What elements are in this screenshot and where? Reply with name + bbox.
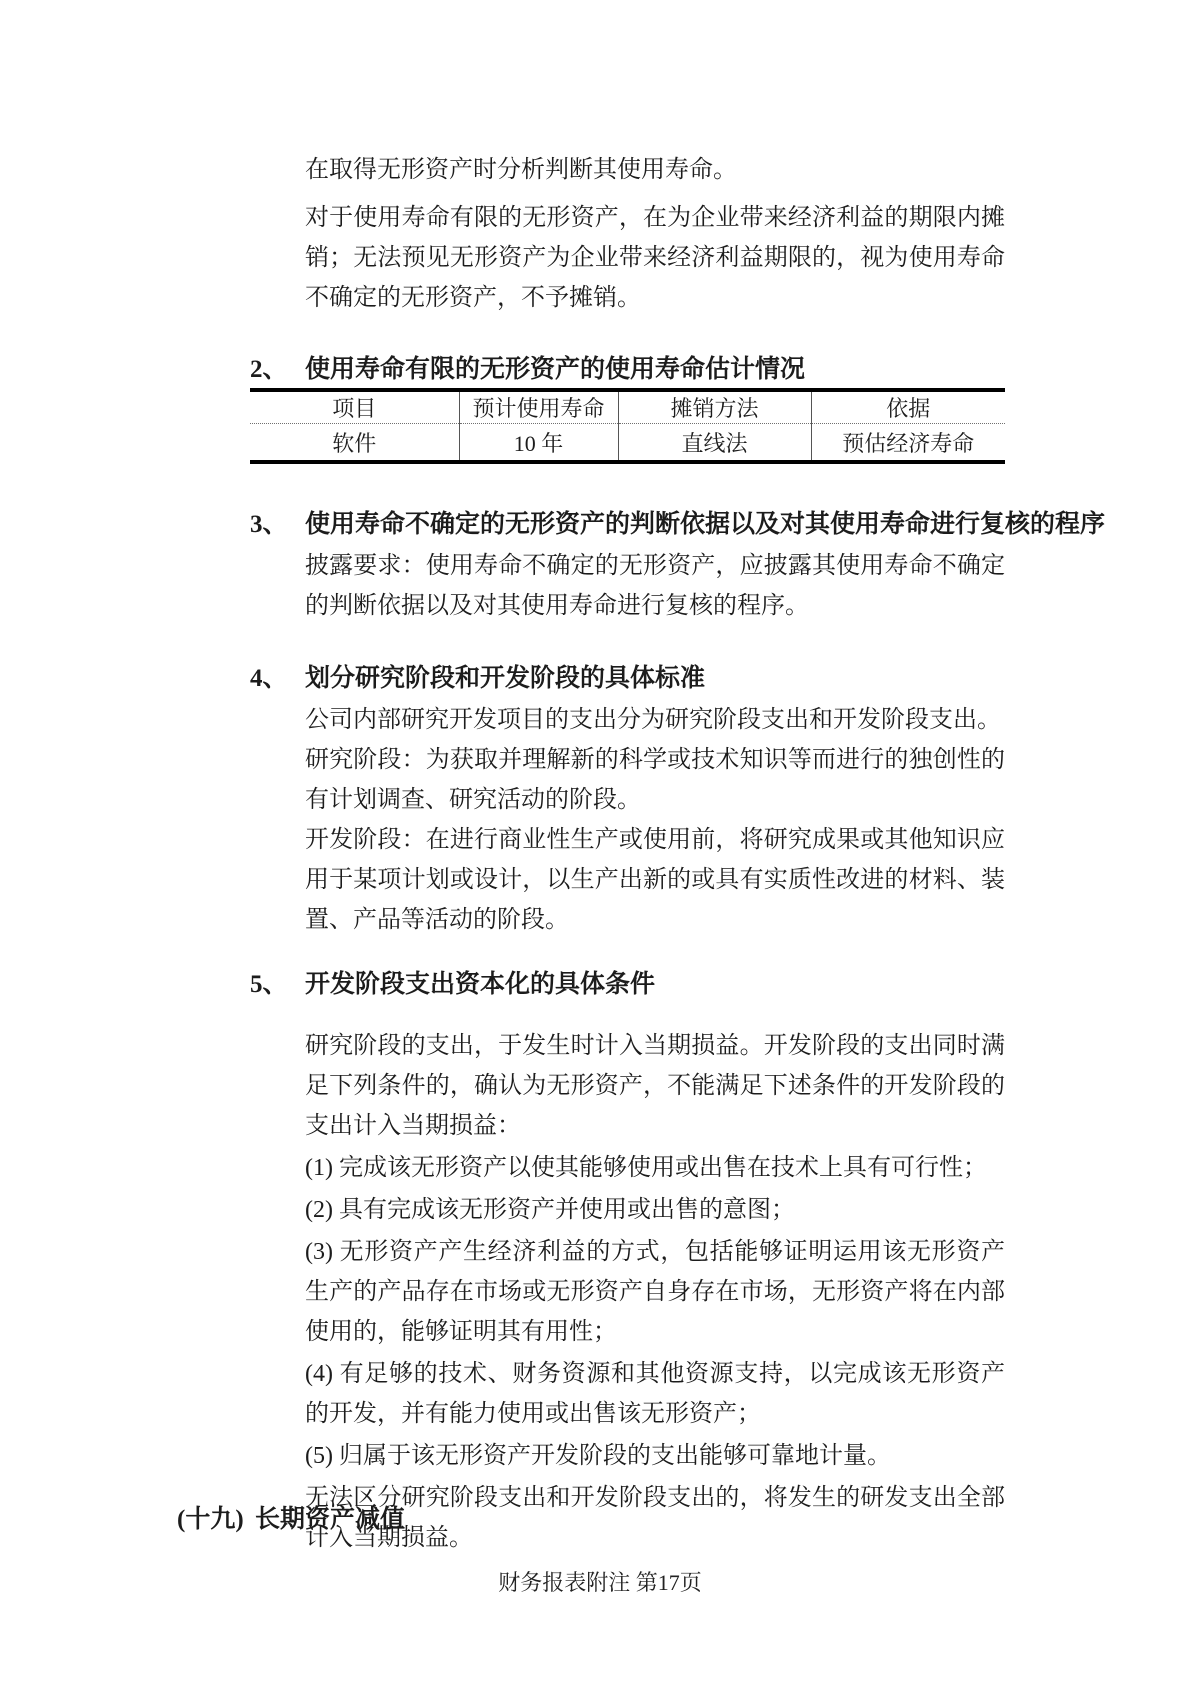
intro-paragraph-1: 在取得无形资产时分析判断其使用寿命。	[305, 150, 1005, 190]
table-header-basis: 依据	[811, 390, 1005, 424]
section-5-condition-2: (2) 具有完成该无形资产并使用或出售的意图；	[305, 1190, 1005, 1230]
section-4: 4、 划分研究阶段和开发阶段的具体标准 公司内部研究开发项目的支出分为研究阶段支…	[250, 660, 1005, 940]
section-5-condition-5: (5) 归属于该无形资产开发阶段的支出能够可靠地计量。	[305, 1436, 1005, 1476]
section-5-paragraph-1: 研究阶段的支出，于发生时计入当期损益。开发阶段的支出同时满足下列条件的，确认为无…	[305, 1026, 1005, 1146]
table-cell-item: 软件	[250, 424, 459, 463]
section-5-condition-1: (1) 完成该无形资产以使其能够使用或出售在技术上具有可行性；	[305, 1148, 1005, 1188]
section-4-heading: 4、 划分研究阶段和开发阶段的具体标准	[250, 660, 1005, 698]
section-19-number: (十九)	[177, 1500, 255, 1540]
section-19-heading: (十九) 长期资产减值	[177, 1500, 405, 1540]
section-2: 2、 使用寿命有限的无形资产的使用寿命估计情况 项目 预计使用寿命 摊销方法 依…	[250, 352, 1005, 464]
section-2-title: 使用寿命有限的无形资产的使用寿命估计情况	[305, 352, 805, 388]
section-3-title: 使用寿命不确定的无形资产的判断依据以及对其使用寿命进行复核的程序	[305, 506, 1105, 544]
section-3-heading: 3、 使用寿命不确定的无形资产的判断依据以及对其使用寿命进行复核的程序	[250, 506, 1005, 544]
section-4-paragraph-2: 研究阶段：为获取并理解新的科学或技术知识等而进行的独创性的有计划调查、研究活动的…	[305, 740, 1005, 820]
intro-paragraph-2: 对于使用寿命有限的无形资产，在为企业带来经济利益的期限内摊销；无法预见无形资产为…	[305, 198, 1005, 318]
section-5-condition-4: (4) 有足够的技术、财务资源和其他资源支持，以完成该无形资产的开发，并有能力使…	[305, 1354, 1005, 1434]
section-4-number: 4、	[250, 660, 305, 698]
section-5-heading: 5、 开发阶段支出资本化的具体条件	[250, 966, 1005, 1004]
section-4-paragraph-1: 公司内部研究开发项目的支出分为研究阶段支出和开发阶段支出。	[305, 700, 1005, 740]
section-2-number: 2、	[250, 352, 305, 388]
section-2-heading: 2、 使用寿命有限的无形资产的使用寿命估计情况	[250, 352, 1005, 388]
table-header-amortization-method: 摊销方法	[618, 390, 811, 424]
section-19-title: 长期资产减值	[255, 1500, 405, 1540]
useful-life-table: 项目 预计使用寿命 摊销方法 依据 软件 10 年 直线法 预估经济寿命	[250, 388, 1005, 464]
table-header-item: 项目	[250, 390, 459, 424]
table-cell-expected-life: 10 年	[459, 424, 618, 463]
table-cell-amortization-method: 直线法	[618, 424, 811, 463]
section-5-title: 开发阶段支出资本化的具体条件	[305, 966, 655, 1004]
section-3: 3、 使用寿命不确定的无形资产的判断依据以及对其使用寿命进行复核的程序 披露要求…	[250, 506, 1005, 626]
section-3-paragraph: 披露要求：使用寿命不确定的无形资产，应披露其使用寿命不确定的判断依据以及对其使用…	[305, 546, 1005, 626]
document-page: 在取得无形资产时分析判断其使用寿命。 对于使用寿命有限的无形资产，在为企业带来经…	[0, 0, 1200, 1696]
table-header-expected-life: 预计使用寿命	[459, 390, 618, 424]
section-5: 5、 开发阶段支出资本化的具体条件 研究阶段的支出，于发生时计入当期损益。开发阶…	[250, 966, 1005, 1558]
page-content: 在取得无形资产时分析判断其使用寿命。 对于使用寿命有限的无形资产，在为企业带来经…	[250, 150, 1005, 1560]
section-5-condition-3: (3) 无形资产产生经济利益的方式，包括能够证明运用该无形资产生产的产品存在市场…	[305, 1232, 1005, 1352]
table-header-row: 项目 预计使用寿命 摊销方法 依据	[250, 390, 1005, 424]
section-4-title: 划分研究阶段和开发阶段的具体标准	[305, 660, 705, 698]
section-5-number: 5、	[250, 966, 305, 1004]
table-row: 软件 10 年 直线法 预估经济寿命	[250, 424, 1005, 463]
section-5-closing-paragraph: 无法区分研究阶段支出和开发阶段支出的，将发生的研发支出全部计入当期损益。	[305, 1478, 1005, 1558]
section-4-paragraph-3: 开发阶段：在进行商业性生产或使用前，将研究成果或其他知识应用于某项计划或设计，以…	[305, 820, 1005, 940]
section-3-number: 3、	[250, 506, 305, 544]
table-cell-basis: 预估经济寿命	[811, 424, 1005, 463]
page-footer: 财务报表附注 第17页	[0, 1568, 1200, 1598]
